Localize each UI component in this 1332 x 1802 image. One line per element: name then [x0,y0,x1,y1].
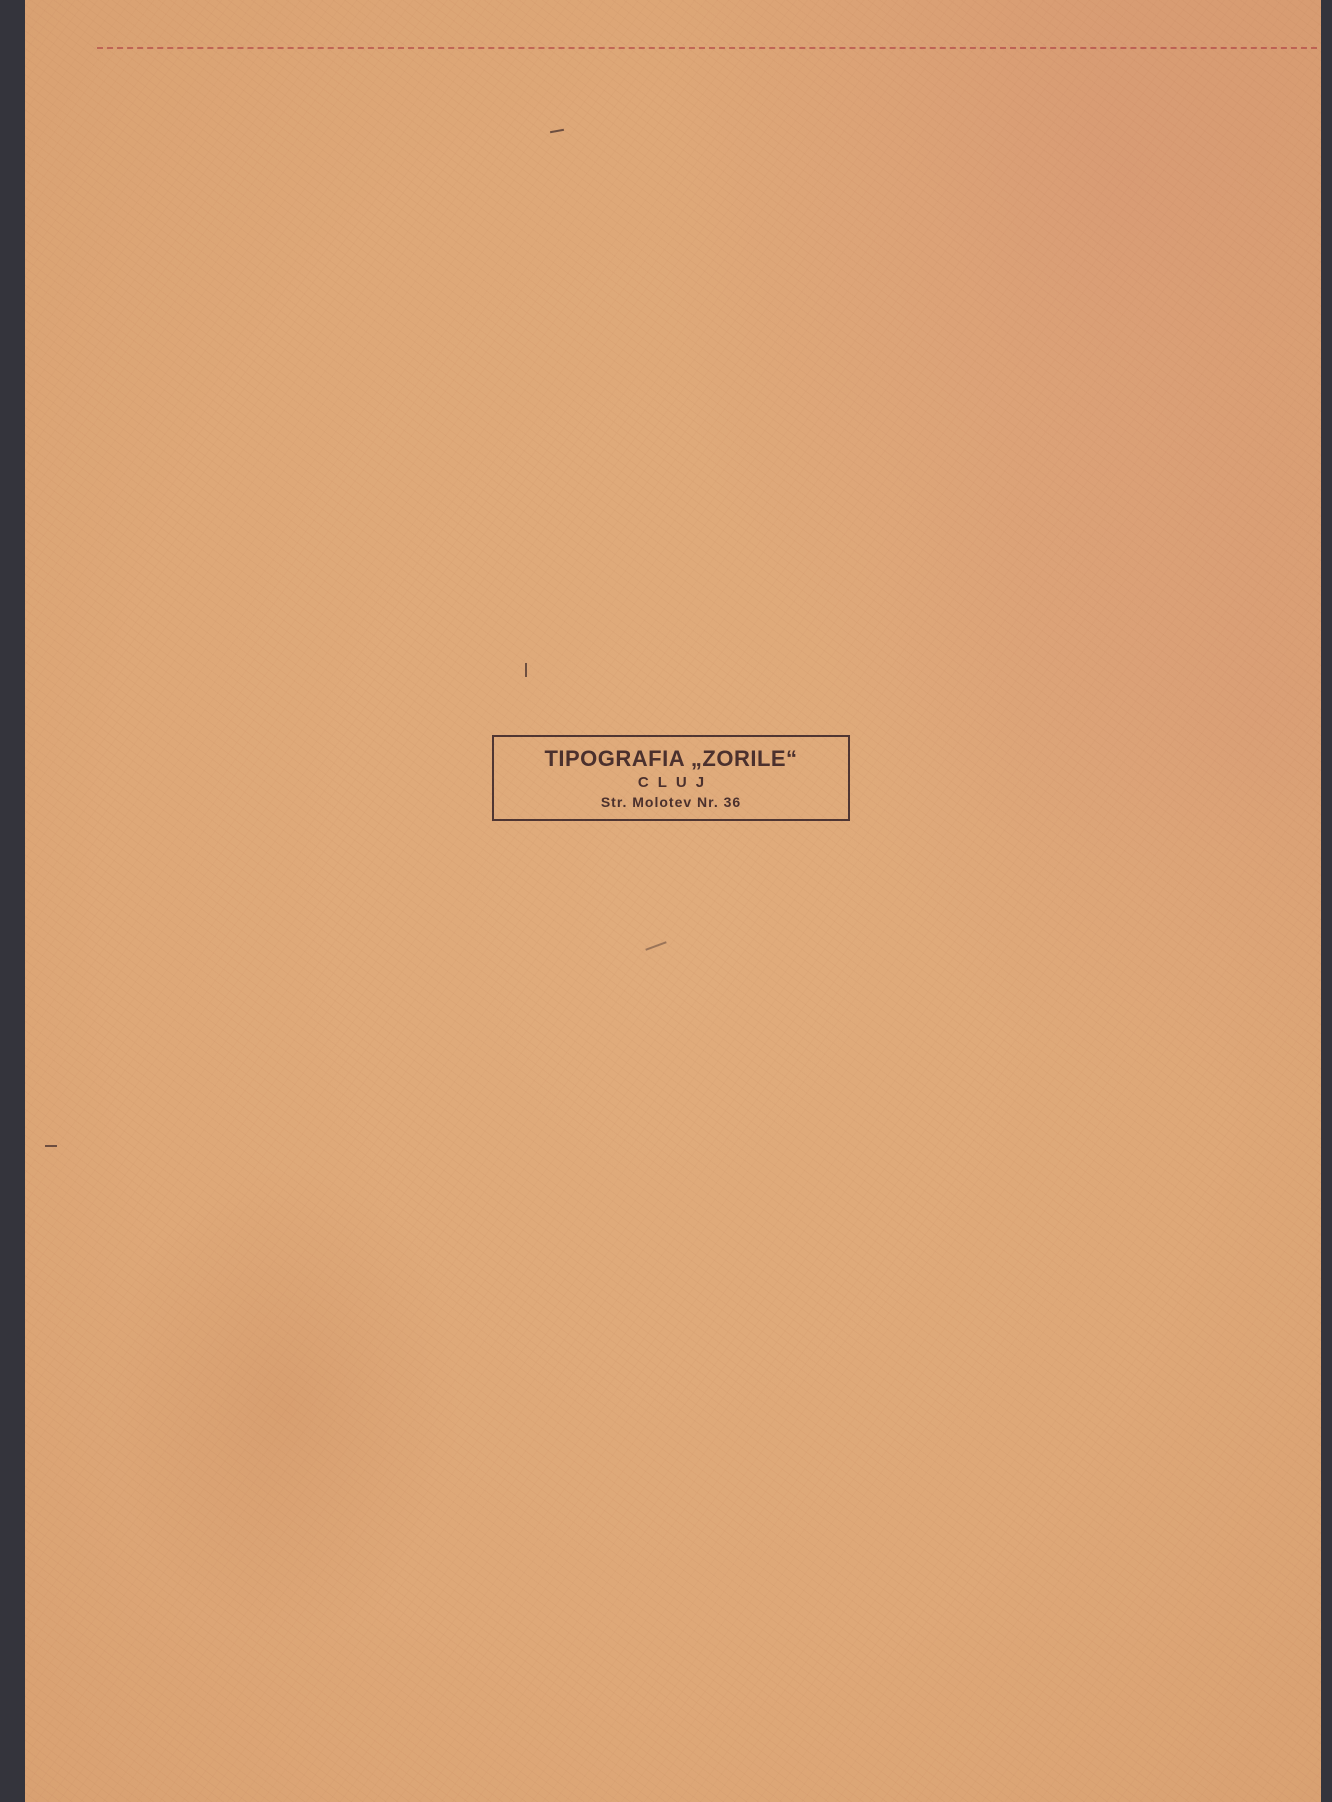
stamp-city: CLUJ [494,774,848,791]
paper-speck [645,941,666,950]
stamp-printer-name: TIPOGRAFIA „ZORILE“ [494,746,848,772]
printer-stamp: TIPOGRAFIA „ZORILE“ CLUJ Str. Molotev Nr… [492,735,850,821]
cover-page: TIPOGRAFIA „ZORILE“ CLUJ Str. Molotev Nr… [25,0,1321,1802]
top-printed-rule [97,47,1317,49]
stamp-address: Str. Molotev Nr. 36 [494,794,848,810]
paper-speck [525,663,527,677]
paper-speck [550,129,564,133]
paper-speck [45,1145,57,1147]
